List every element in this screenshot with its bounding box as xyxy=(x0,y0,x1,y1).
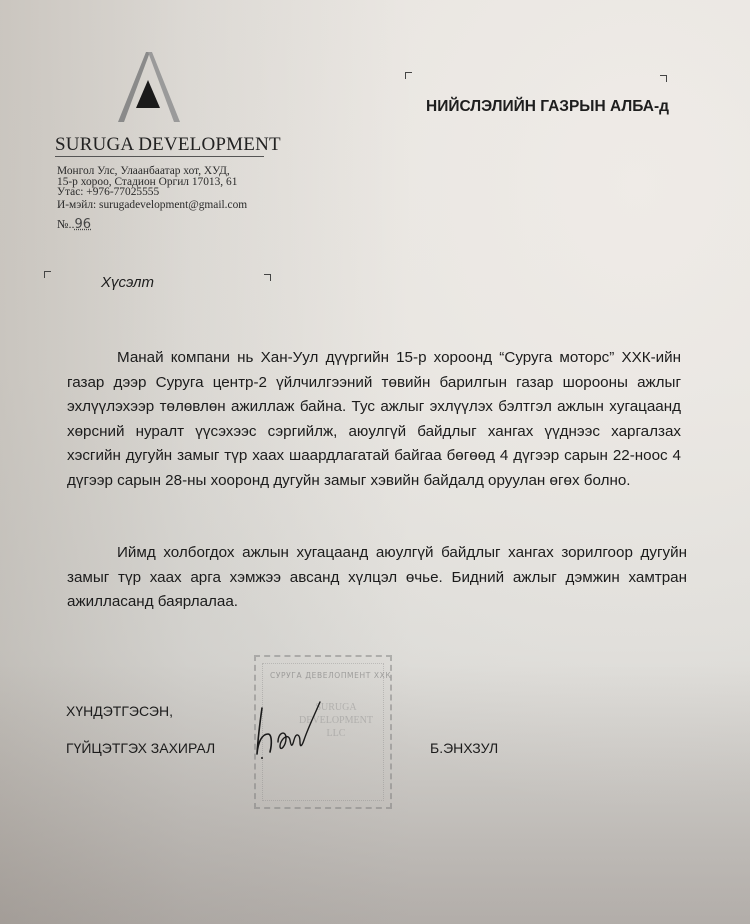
phone-line: Утас: +976-77025555 xyxy=(57,187,247,198)
body-paragraph: Манай компани нь Хан-Уул дүүргийн 15-р х… xyxy=(67,346,681,494)
email-line: И-мэйл: surugadevelopment@gmail.com xyxy=(57,199,247,211)
corner-mark xyxy=(264,274,271,281)
signer-name: Б.ЭНХЗУЛ xyxy=(430,740,498,756)
document-number: №..96 xyxy=(57,217,91,232)
corner-mark xyxy=(660,75,667,82)
stamp-text-top: СУРУГА ДЕВЕЛОПМЕНТ ХХК xyxy=(270,671,391,680)
company-name: SURUGA DEVELOPMENT xyxy=(55,134,281,156)
handwritten-signature-icon xyxy=(250,690,330,770)
document-number-value: 96 xyxy=(74,217,91,232)
document-number-label: №.. xyxy=(57,217,74,231)
letterhead-divider xyxy=(55,156,264,157)
address-line: Монгол Улс, Улаанбаатар хот, ХУД, xyxy=(57,166,247,177)
closing-salutation: ХҮНДЭТГЭСЭН, xyxy=(66,703,173,719)
body-paragraph-text: Манай компани нь Хан-Уул дүүргийн 15-р х… xyxy=(67,349,681,489)
signer-title: ГҮЙЦЭТГЭХ ЗАХИРАЛ xyxy=(66,740,215,756)
triangle-peak-logo-icon xyxy=(88,52,208,124)
recipient: НИЙСЛЭЛИЙН ГАЗРЫН АЛБА-д xyxy=(426,98,669,116)
letter-subject: Хүсэлт xyxy=(101,274,154,291)
corner-mark xyxy=(44,271,51,278)
corner-mark xyxy=(405,72,412,79)
company-address: Монгол Улс, Улаанбаатар хот, ХУД, 15-р х… xyxy=(57,166,247,211)
body-paragraph-text: Иймд холбогдох ажлын хугацаанд аюулгүй б… xyxy=(67,544,687,610)
body-paragraph: Иймд холбогдох ажлын хугацаанд аюулгүй б… xyxy=(67,541,687,615)
